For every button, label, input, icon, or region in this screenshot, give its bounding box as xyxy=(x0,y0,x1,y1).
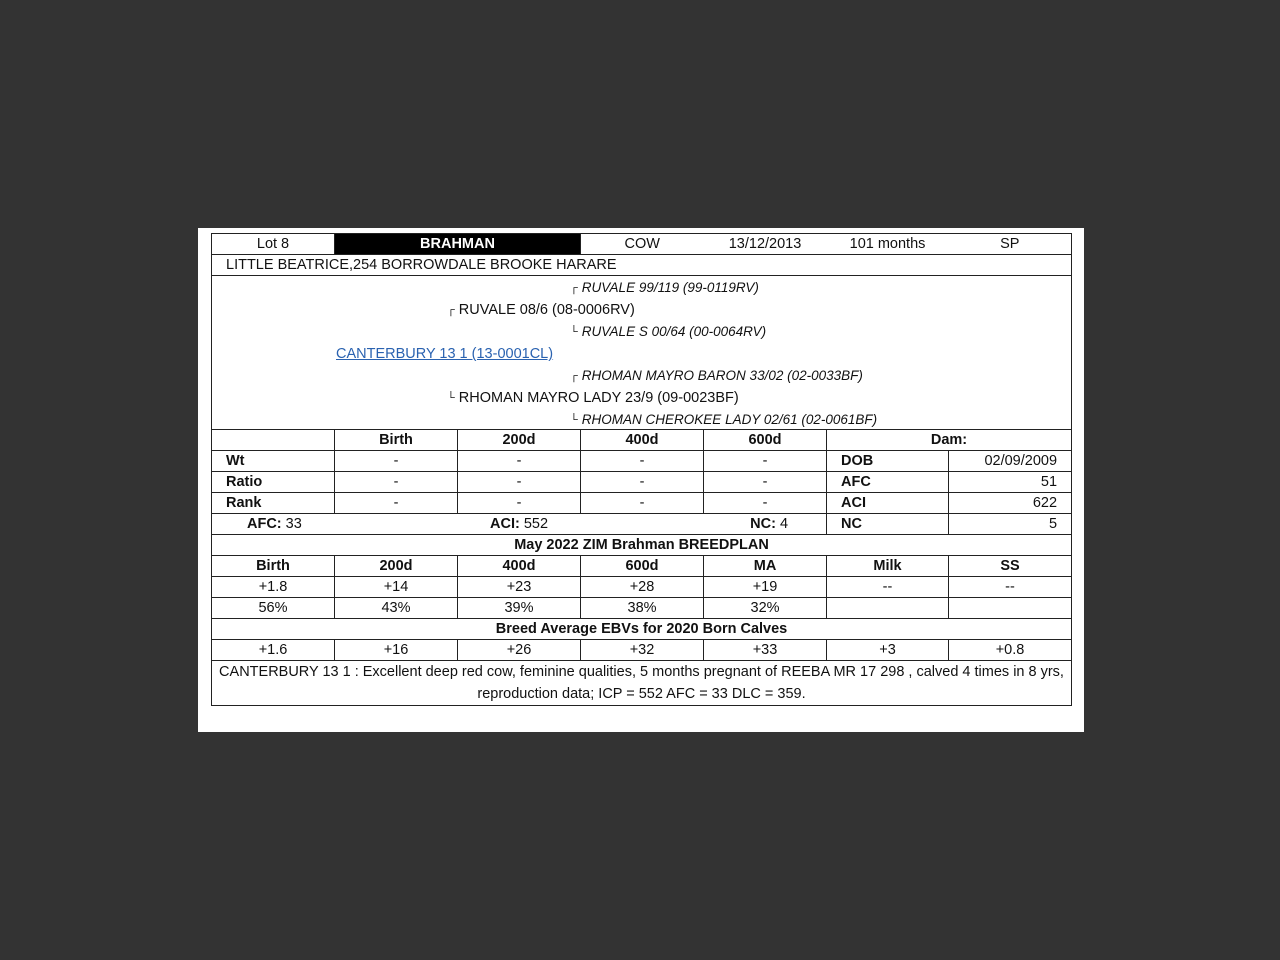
perf-col-birth: Birth xyxy=(335,430,458,451)
dam-row-label: AFC xyxy=(827,472,949,493)
nc: NC: 4 xyxy=(750,514,788,534)
breed-badge: BRAHMAN xyxy=(335,234,581,255)
table-row: Ratio - - - - AFC 51 xyxy=(212,472,1072,493)
bracket-bottom-icon: └ xyxy=(570,326,578,338)
notes: CANTERBURY 13 1 : Excellent deep red cow… xyxy=(212,661,1072,706)
dam-row-label: NC xyxy=(827,514,949,535)
bracket-bottom-icon: └ xyxy=(447,392,455,404)
pedigree-dam-dam: └RHOMAN CHEROKEE LADY 02/61 (02-0061BF) xyxy=(570,411,877,429)
age: 101 months xyxy=(827,234,949,255)
perf-col-600d: 600d xyxy=(704,430,827,451)
perf-row-label: Wt xyxy=(212,451,335,472)
dam-title: Dam: xyxy=(827,430,1072,451)
bracket-bottom-icon: └ xyxy=(570,414,578,426)
pedigree-row: ┌RUVALE 99/119 (99-0119RV) ┌RUVALE 08/6 … xyxy=(212,276,1072,430)
table-row: Wt - - - - DOB 02/09/2009 xyxy=(212,451,1072,472)
fertility-summary: AFC: 33 ACI: 552 NC: 4 xyxy=(212,514,827,535)
lot-table: Lot 8 BRAHMAN COW 13/12/2013 101 months … xyxy=(211,233,1072,706)
pedigree: ┌RUVALE 99/119 (99-0119RV) ┌RUVALE 08/6 … xyxy=(212,276,1072,430)
dam-row-value: 5 xyxy=(949,514,1072,535)
breedplan-title-row: May 2022 ZIM Brahman BREEDPLAN xyxy=(212,535,1072,556)
breed-average-row: +1.6 +16 +26 +32 +33 +3 +0.8 xyxy=(212,640,1072,661)
perf-row-label: Rank xyxy=(212,493,335,514)
date-of-birth: 13/12/2013 xyxy=(704,234,827,255)
seller-row: LITTLE BEATRICE,254 BORROWDALE BROOKE HA… xyxy=(212,255,1072,276)
pedigree-sire-dam: └RUVALE S 00/64 (00-0064RV) xyxy=(570,323,766,341)
perf-row-label: Ratio xyxy=(212,472,335,493)
animal-pedigree-link[interactable]: CANTERBURY 13 1 (13-0001CL) xyxy=(336,345,553,363)
pedigree-sire-sire: ┌RUVALE 99/119 (99-0119RV) xyxy=(570,279,759,297)
perf-col-400d: 400d xyxy=(581,430,704,451)
pedigree-sire: ┌RUVALE 08/6 (08-0006RV) xyxy=(447,301,635,319)
accuracy-row: 56% 43% 39% 38% 32% xyxy=(212,598,1072,619)
breedplan-header-row: Birth 200d 400d 600d MA Milk SS xyxy=(212,556,1072,577)
pedigree-dam: └RHOMAN MAYRO LADY 23/9 (09-0023BF) xyxy=(447,389,739,407)
seller: LITTLE BEATRICE,254 BORROWDALE BROOKE HA… xyxy=(212,255,1072,276)
afc: AFC: 33 xyxy=(247,514,302,534)
status: SP xyxy=(949,234,1072,255)
breedplan-title: May 2022 ZIM Brahman BREEDPLAN xyxy=(212,535,1072,556)
header-row: Lot 8 BRAHMAN COW 13/12/2013 101 months … xyxy=(212,234,1072,255)
bracket-top-icon: ┌ xyxy=(570,282,578,294)
breed-average-title: Breed Average EBVs for 2020 Born Calves xyxy=(212,619,1072,640)
bracket-top-icon: ┌ xyxy=(447,304,455,316)
perf-col-200d: 200d xyxy=(458,430,581,451)
lot-card: Lot 8 BRAHMAN COW 13/12/2013 101 months … xyxy=(198,228,1084,732)
sex: COW xyxy=(581,234,704,255)
ebv-row: +1.8 +14 +23 +28 +19 -- -- xyxy=(212,577,1072,598)
performance-header-row: Birth 200d 400d 600d Dam: xyxy=(212,430,1072,451)
breed-average-title-row: Breed Average EBVs for 2020 Born Calves xyxy=(212,619,1072,640)
lot-number: Lot 8 xyxy=(212,234,335,255)
bracket-top-icon: ┌ xyxy=(570,370,578,382)
fertility-row: AFC: 33 ACI: 552 NC: 4 NC 5 xyxy=(212,514,1072,535)
aci: ACI: 552 xyxy=(490,514,548,534)
dam-row-value: 51 xyxy=(949,472,1072,493)
pedigree-dam-sire: ┌RHOMAN MAYRO BARON 33/02 (02-0033BF) xyxy=(570,367,863,385)
notes-row: CANTERBURY 13 1 : Excellent deep red cow… xyxy=(212,661,1072,706)
dam-row-label: DOB xyxy=(827,451,949,472)
dam-row-label: ACI xyxy=(827,493,949,514)
table-row: Rank - - - - ACI 622 xyxy=(212,493,1072,514)
dam-row-value: 02/09/2009 xyxy=(949,451,1072,472)
dam-row-value: 622 xyxy=(949,493,1072,514)
